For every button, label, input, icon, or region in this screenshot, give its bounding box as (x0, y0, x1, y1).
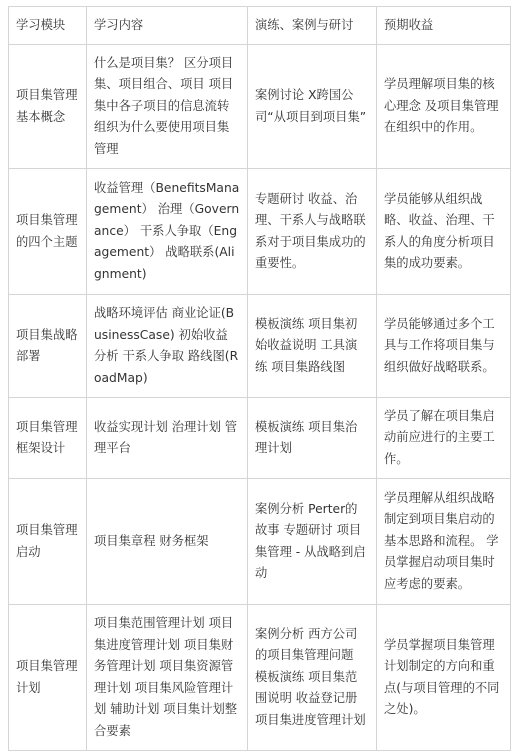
cell-benefit: 学员能够从组织战略、收益、治理、干系人的角度分析项目集的成功要素。 (377, 169, 511, 295)
header-content: 学习内容 (87, 7, 248, 45)
table-row: 项目集管理的四个主题 收益管理（BenefitsManagement） 治理（G… (9, 169, 511, 295)
table-row: 项目集管理启动 项目集章程 财务框架 案例分析 Perter的故事 专题研讨 项… (9, 479, 511, 605)
cell-exercise: 专题研讨 收益、治理、干系人与战略联系对于项目集成功的重要性。 (248, 169, 377, 295)
cell-module: 项目集战略部署 (9, 295, 87, 398)
cell-module: 项目集管理框架设计 (9, 398, 87, 479)
table-row: 项目集管理计划 项目集范围管理计划 项目集进度管理计划 项目集财务管理计划 项目… (9, 605, 511, 751)
cell-content: 项目集章程 财务框架 (87, 479, 248, 605)
table-row: 项目集战略部署 战略环境评估 商业论证(BusinessCase) 初始收益分析… (9, 295, 511, 398)
header-row: 学习模块 学习内容 演练、案例与研讨 预期收益 (9, 7, 511, 45)
cell-content: 什么是项目集？ 区分项目集、项目组合、项目 项目集中各子项目的信息流转 组织为什… (87, 45, 248, 169)
cell-module: 项目集管理基本概念 (9, 45, 87, 169)
cell-content: 项目集范围管理计划 项目集进度管理计划 项目集财务管理计划 项目集资源管理计划 … (87, 605, 248, 751)
cell-benefit: 学员理解项目集的核心理念 及项目集管理在组织中的作用。 (377, 45, 511, 169)
cell-module: 项目集管理计划 (9, 605, 87, 751)
header-benefit: 预期收益 (377, 7, 511, 45)
course-table: 学习模块 学习内容 演练、案例与研讨 预期收益 项目集管理基本概念 什么是项目集… (8, 6, 511, 751)
cell-benefit: 学员了解在项目集启动前应进行的主要工作。 (377, 398, 511, 479)
cell-benefit: 学员掌握项目集管理计划制定的方向和重点(与项目管理的不同之处)。 (377, 605, 511, 751)
header-exercise: 演练、案例与研讨 (248, 7, 377, 45)
table-row: 项目集管理基本概念 什么是项目集？ 区分项目集、项目组合、项目 项目集中各子项目… (9, 45, 511, 169)
cell-module: 项目集管理启动 (9, 479, 87, 605)
cell-exercise: 模板演练 项目集治理计划 (248, 398, 377, 479)
cell-exercise: 案例分析 西方公司的项目集管理问题 模板演练 项目集范围说明 收益登记册 项目集… (248, 605, 377, 751)
cell-content: 收益管理（BenefitsManagement） 治理（Governance） … (87, 169, 248, 295)
cell-exercise: 案例讨论 X跨国公司“从项目到项目集” (248, 45, 377, 169)
header-module: 学习模块 (9, 7, 87, 45)
cell-exercise: 案例分析 Perter的故事 专题研讨 项目集管理 - 从战略到启动 (248, 479, 377, 605)
cell-benefit: 学员能够通过多个工具与工作将项目集与组织做好战略联系。 (377, 295, 511, 398)
cell-benefit: 学员理解从组织战略制定到项目集启动的基本思路和流程。 学员掌握启动项目集时应考虑… (377, 479, 511, 605)
cell-exercise: 模板演练 项目集初始收益说明 工具演练 项目集路线图 (248, 295, 377, 398)
table-row: 项目集管理框架设计 收益实现计划 治理计划 管理平台 模板演练 项目集治理计划 … (9, 398, 511, 479)
cell-module: 项目集管理的四个主题 (9, 169, 87, 295)
cell-content: 收益实现计划 治理计划 管理平台 (87, 398, 248, 479)
cell-content: 战略环境评估 商业论证(BusinessCase) 初始收益分析 干系人争取 路… (87, 295, 248, 398)
